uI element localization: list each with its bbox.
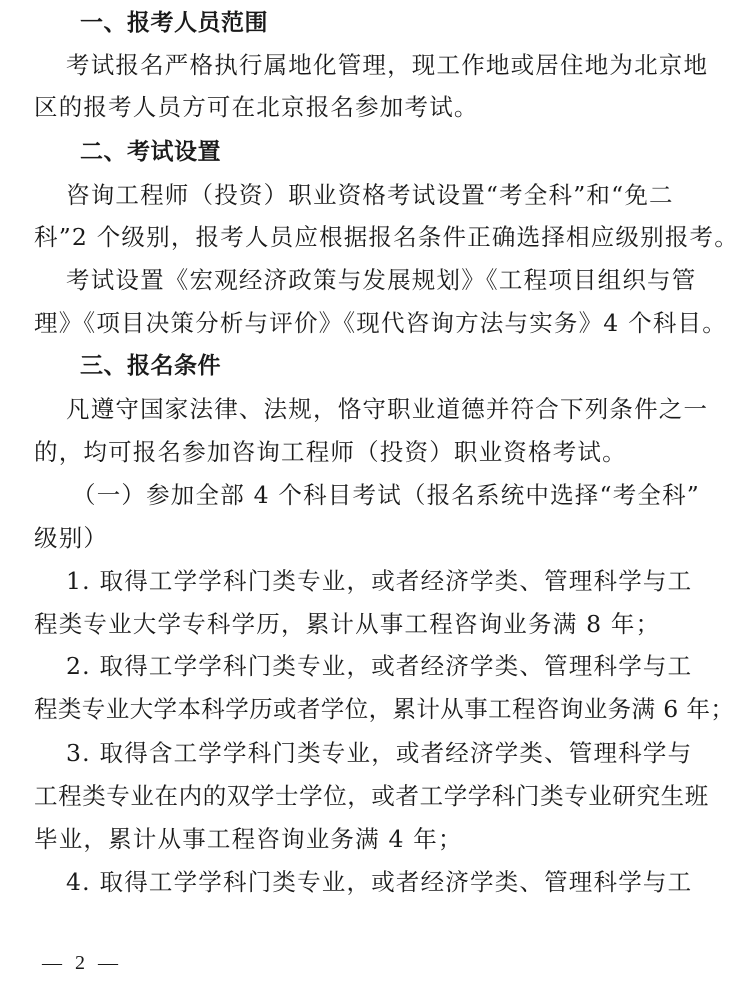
paragraph-line: 工程类专业在内的双学士学位，或者工学学科门类专业研究生班	[0, 781, 738, 811]
section-heading-3: 三、报名条件	[0, 351, 738, 381]
paragraph-line: 咨询工程师（投资）职业资格考试设置“考全科”和“免二	[0, 180, 738, 210]
paragraph-line: 毕业，累计从事工程咨询业务满 4 年；	[0, 824, 738, 854]
list-item-3: 3. 取得含工学学科门类专业，或者经济学类、管理科学与	[0, 738, 738, 768]
paragraph-line: 考试报名严格执行属地化管理，现工作地或居住地为北京地	[0, 50, 738, 80]
list-item-1: 1. 取得工学学科门类专业，或者经济学类、管理科学与工	[0, 566, 738, 596]
list-item-2: 2. 取得工学学科门类专业，或者经济学类、管理科学与工	[0, 651, 738, 681]
section-heading-2: 二、考试设置	[0, 137, 738, 167]
list-item-4: 4. 取得工学学科门类专业，或者经济学类、管理科学与工	[0, 867, 738, 897]
paragraph-line: 考试设置《宏观经济政策与发展规划》《工程项目组织与管	[0, 265, 738, 295]
paragraph-line: 的，均可报名参加咨询工程师（投资）职业资格考试。	[0, 437, 738, 467]
paragraph-line: 凡遵守国家法律、法规，恪守职业道德并符合下列条件之一	[0, 394, 738, 424]
paragraph-line: 程类专业大学本科学历或者学位，累计从事工程咨询业务满 6 年；	[0, 694, 738, 724]
subsection-heading: （一）参加全部 4 个科目考试（报名系统中选择“考全科”	[0, 480, 738, 510]
section-heading-1: 一、报考人员范围	[0, 8, 738, 38]
paragraph-line: 理》《项目决策分析与评价》《现代咨询方法与实务》4 个科目。	[0, 308, 738, 338]
paragraph-line: 级别）	[0, 523, 738, 553]
paragraph-line: 区的报考人员方可在北京报名参加考试。	[0, 92, 738, 122]
paragraph-line: 程类专业大学专科学历，累计从事工程咨询业务满 8 年；	[0, 609, 738, 639]
page-number: — 2 —	[42, 952, 122, 975]
paragraph-line: 科”2 个级别，报考人员应根据报名条件正确选择相应级别报考。	[0, 222, 738, 252]
